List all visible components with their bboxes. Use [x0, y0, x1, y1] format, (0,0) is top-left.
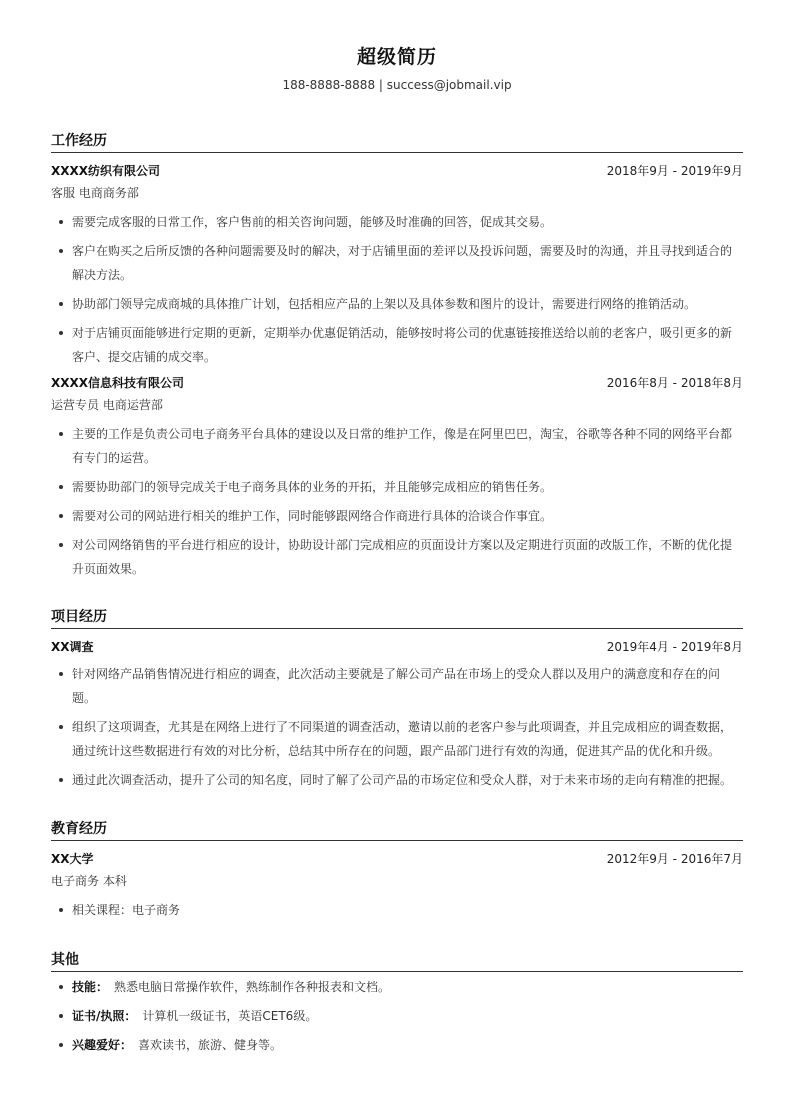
bullet-item: 针对网络产品销售情况进行相应的调查，此次活动主要就是了解公司产品在市场上的受众人…: [51, 662, 743, 710]
bullet-item: 需要完成客服的日常工作，客户售前的相关咨询问题，能够及时准确的回答，促成其交易。: [51, 210, 743, 234]
bullet-item: 客户在购买之后所反馈的各种问题需要及时的解决，对于店铺里面的差评以及投诉问题，需…: [51, 239, 743, 287]
section-other: 其他 技能：熟悉电脑日常操作软件，熟练制作各种报表和文档。 证书/执照：计算机一…: [51, 948, 743, 1057]
contact-info: 188-8888-8888 | success@jobmail.vip: [51, 78, 743, 92]
bullet-item: 需要协助部门的领导完成关于电子商务具体的业务的开拓，并且能够完成相应的销售任务。: [51, 475, 743, 499]
bullet-item-certificates: 证书/执照：计算机一级证书，英语CET6级。: [51, 1004, 743, 1028]
bullet-item-skills: 技能：熟悉电脑日常操作软件，熟练制作各种报表和文档。: [51, 975, 743, 999]
section-title-other: 其他: [51, 948, 743, 972]
bullet-text: 熟悉电脑日常操作软件，熟练制作各种报表和文档。: [114, 980, 390, 994]
bullet-item: 对于店铺页面能够进行定期的更新，定期举办优惠促销活动，能够按时将公司的优惠链接推…: [51, 321, 743, 369]
project-entry: XX调查 2019年4月 - 2019年8月 针对网络产品销售情况进行相应的调查…: [51, 637, 743, 792]
bullet-label: 证书/执照：: [72, 1009, 136, 1023]
bullet-item: 对公司网络销售的平台进行相应的设计，协助设计部门完成相应的页面设计方案以及定期进…: [51, 533, 743, 581]
company-name: XXXX纺织有限公司: [51, 161, 160, 181]
role-department: 客服 电商商务部: [51, 181, 743, 205]
section-work: 工作经历 XXXX纺织有限公司 2018年9月 - 2019年9月 客服 电商商…: [51, 129, 743, 581]
section-title-education: 教育经历: [51, 817, 743, 841]
role-department: 运营专员 电商运营部: [51, 393, 743, 417]
bullet-item: 通过此次调查活动，提升了公司的知名度，同时了解了公司产品的市场定位和受众人群，对…: [51, 768, 743, 792]
entry-date: 2018年9月 - 2019年9月: [607, 161, 743, 181]
company-name: XXXX信息科技有限公司: [51, 373, 184, 393]
bullet-label: 兴趣爱好：: [72, 1038, 132, 1052]
bullet-text: 喜欢读书，旅游、健身等。: [138, 1038, 282, 1052]
bullet-label: 技能：: [72, 980, 108, 994]
project-name: XX调查: [51, 637, 94, 657]
bullet-item: 协助部门领导完成商城的具体推广计划，包括相应产品的上架以及具体参数和图片的设计，…: [51, 292, 743, 316]
education-entry: XX大学 2012年9月 - 2016年7月 电子商务 本科 相关课程：电子商务: [51, 849, 743, 922]
section-title-work: 工作经历: [51, 129, 743, 153]
entry-date: 2016年8月 - 2018年8月: [607, 373, 743, 393]
bullet-item: 主要的工作是负责公司电子商务平台具体的建设以及日常的维护工作，像是在阿里巴巴，淘…: [51, 422, 743, 470]
work-entry: XXXX纺织有限公司 2018年9月 - 2019年9月 客服 电商商务部 需要…: [51, 161, 743, 369]
bullet-item-hobbies: 兴趣爱好：喜欢读书，旅游、健身等。: [51, 1033, 743, 1057]
bullet-list: 技能：熟悉电脑日常操作软件，熟练制作各种报表和文档。 证书/执照：计算机一级证书…: [51, 975, 743, 1057]
bullet-item: 需要对公司的网站进行相关的维护工作，同时能够跟网络合作商进行具体的洽谈合作事宜。: [51, 504, 743, 528]
bullet-list: 需要完成客服的日常工作，客户售前的相关咨询问题，能够及时准确的回答，促成其交易。…: [51, 210, 743, 369]
resume-name: 超级简历: [51, 42, 743, 69]
entry-date: 2019年4月 - 2019年8月: [607, 637, 743, 657]
section-projects: 项目经历 XX调查 2019年4月 - 2019年8月 针对网络产品销售情况进行…: [51, 605, 743, 792]
section-title-projects: 项目经历: [51, 605, 743, 629]
entry-date: 2012年9月 - 2016年7月: [607, 849, 743, 869]
bullet-list: 针对网络产品销售情况进行相应的调查，此次活动主要就是了解公司产品在市场上的受众人…: [51, 662, 743, 792]
work-entry: XXXX信息科技有限公司 2016年8月 - 2018年8月 运营专员 电商运营…: [51, 373, 743, 581]
bullet-list: 相关课程：电子商务: [51, 898, 743, 922]
school-name: XX大学: [51, 849, 94, 869]
bullet-list: 主要的工作是负责公司电子商务平台具体的建设以及日常的维护工作，像是在阿里巴巴，淘…: [51, 422, 743, 581]
bullet-text: 计算机一级证书，英语CET6级。: [142, 1009, 317, 1023]
degree: 电子商务 本科: [51, 869, 743, 893]
section-education: 教育经历 XX大学 2012年9月 - 2016年7月 电子商务 本科 相关课程…: [51, 817, 743, 922]
bullet-item: 相关课程：电子商务: [51, 898, 743, 922]
bullet-item: 组织了这项调查，尤其是在网络上进行了不同渠道的调查活动，邀请以前的老客户参与此项…: [51, 715, 743, 763]
